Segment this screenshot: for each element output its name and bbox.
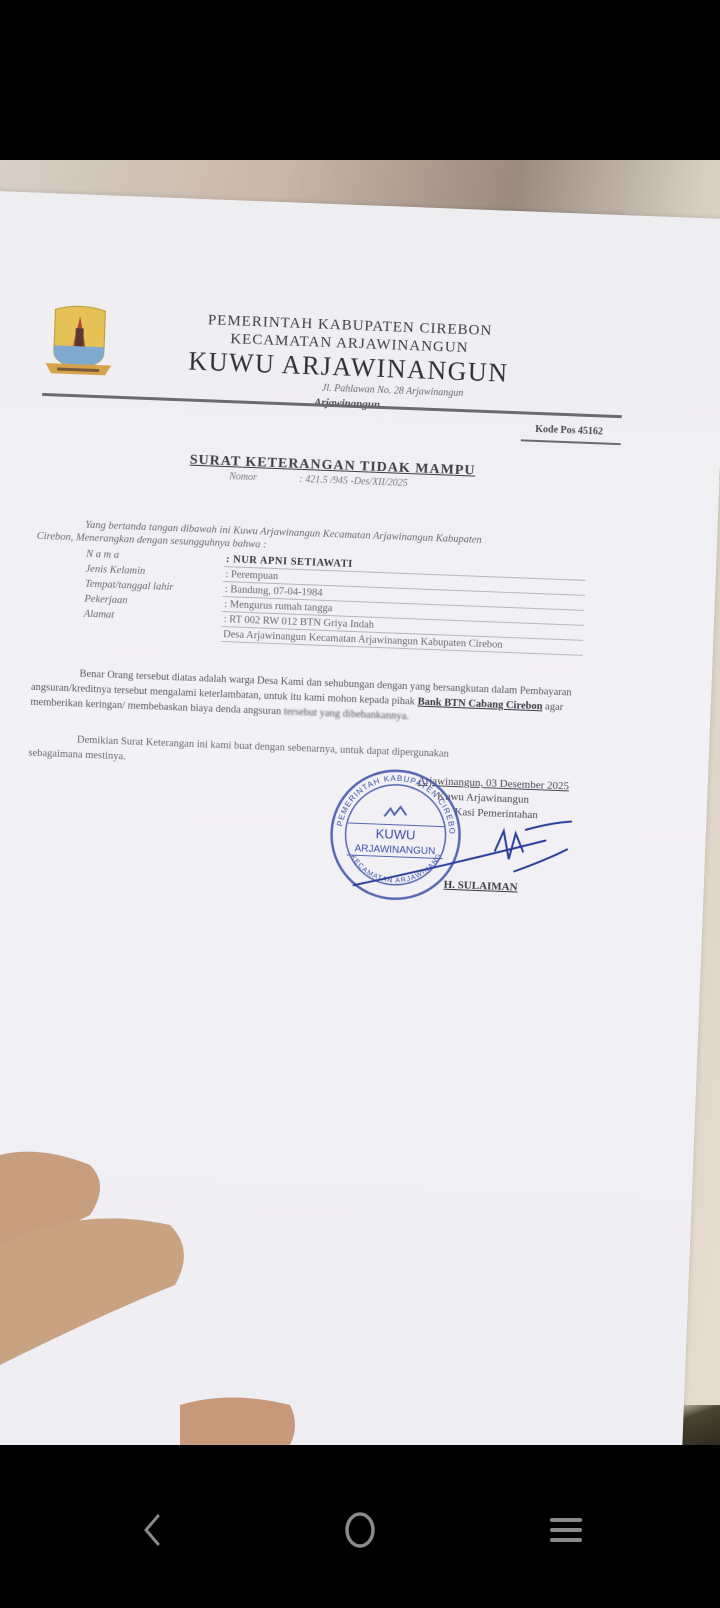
regency-emblem-icon [43, 301, 116, 384]
home-button[interactable] [330, 1505, 390, 1555]
recent-apps-button[interactable] [536, 1505, 596, 1555]
signature-scribble-icon [343, 805, 576, 904]
letter: PEMERINTAH KABUPATEN CIREBON KECAMATAN A… [48, 253, 628, 275]
postal-code: Kode Pos 45162 [535, 424, 603, 438]
bank-name: Bank BTN Cabang Cirebon [417, 697, 542, 713]
letter-number-label: Nomor [229, 471, 257, 483]
home-circle-icon [342, 1510, 378, 1550]
body-text-3: tersebut yang dibebankannya. [284, 706, 409, 722]
system-navigation-bar [0, 1445, 720, 1608]
closing-paragraph: Demikian Surat Keterangan ini kami buat … [28, 731, 604, 783]
identity-fields: N a m a : NUR APNI SETIAWATI Jenis Kelam… [83, 547, 586, 656]
back-button[interactable] [122, 1505, 182, 1555]
hand-holding-paper [0, 1115, 320, 1445]
body-paragraph: Benar Orang tersebut diatas adalah warga… [30, 665, 606, 732]
photo-viewer[interactable]: PEMERINTAH KABUPATEN CIREBON KECAMATAN A… [0, 160, 720, 1445]
postal-code-underline [521, 439, 621, 445]
menu-lines-icon [548, 1515, 584, 1545]
chevron-left-icon [140, 1512, 164, 1548]
